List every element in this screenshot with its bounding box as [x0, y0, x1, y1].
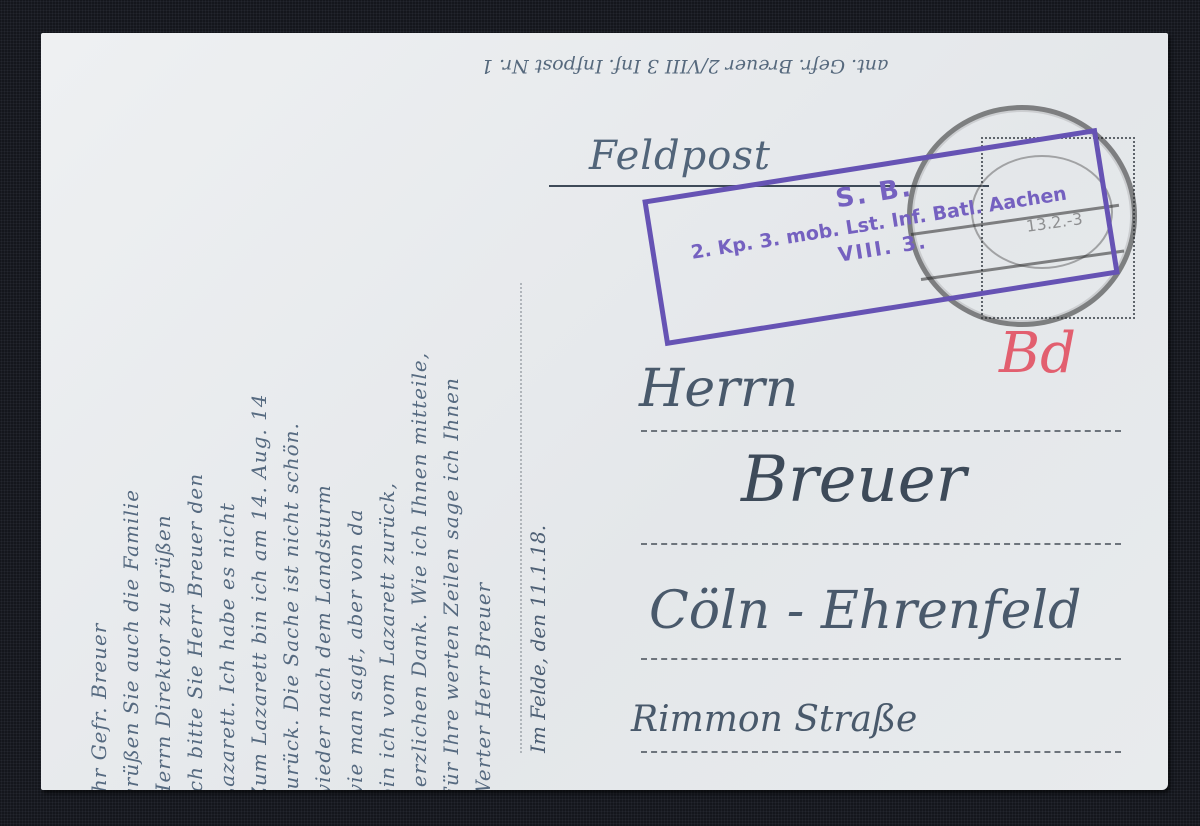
message-line: Ihr Gefr. Breuer	[87, 81, 113, 790]
address-rule	[641, 543, 1121, 545]
feldpost-label: Feldpost	[589, 133, 771, 179]
address-rule	[641, 658, 1121, 660]
message-dateline: Im Felde, den 11.1.18.	[526, 393, 556, 753]
message-line: Werter Herr Breuer	[471, 81, 497, 790]
message-line: zurück. Die Sache ist nicht schön.	[279, 81, 305, 790]
message-line: bin ich vom Lazarett zurück,	[375, 81, 401, 790]
censor-mark: Bd	[999, 321, 1076, 386]
postcard: ant. Gefr. Breuer 2/VIII 3 Inf. Infpost …	[41, 33, 1168, 790]
printed-divider	[520, 283, 525, 753]
message-line: wieder nach dem Landsturm	[311, 81, 337, 790]
address-rule	[641, 751, 1121, 753]
message-line: grüßen Sie auch die Familie	[119, 81, 145, 790]
message-block: Werter Herr Breuer Für Ihre werten Zeile…	[53, 63, 533, 783]
message-line: herzlichen Dank. Wie ich Ihnen mitteile,	[407, 81, 433, 790]
message-line: Herrn Direktor zu grüßen	[151, 81, 177, 790]
address-name: Breuer	[741, 443, 966, 517]
message-line: Lazarett. Ich habe es nicht	[215, 81, 241, 790]
message-line: Für Ihre werten Zeilen sage ich Ihnen	[439, 81, 465, 790]
sender-line: ant. Gefr. Breuer 2/VIII 3 Inf. Infpost …	[481, 47, 1161, 77]
address-city: Cöln - Ehrenfeld	[649, 581, 1081, 641]
address-salutation: Herrn	[639, 359, 798, 419]
address-rule	[641, 430, 1121, 432]
message-line: Zum Lazarett bin ich am 14. Aug. 14	[247, 81, 273, 790]
message-line: wie man sagt, aber von da	[343, 81, 369, 790]
message-line: Ich bitte Sie Herr Breuer den	[183, 81, 209, 790]
address-street: Rimmon Straße	[631, 699, 917, 740]
